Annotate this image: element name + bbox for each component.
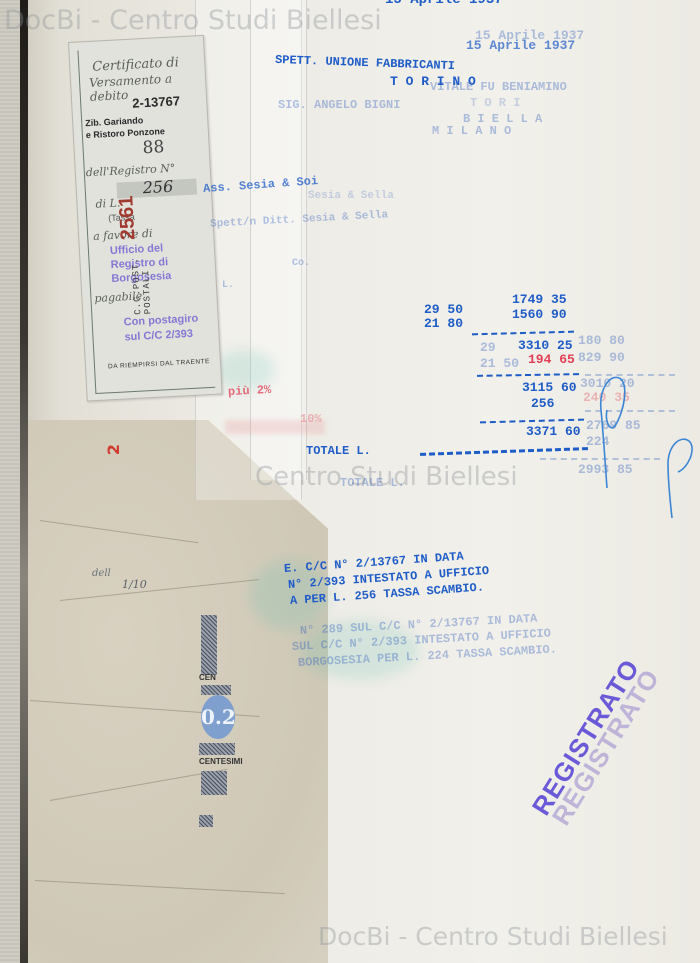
sum-rule: [472, 331, 574, 336]
total-double-rule: [420, 447, 588, 456]
amount-subtotal: 3310 25: [518, 338, 573, 353]
amount-tax: 256: [531, 396, 554, 411]
sum-rule: [477, 373, 579, 377]
recipient-line-2: SIG. ANGELO BIGNI: [278, 98, 400, 112]
revenue-label-top: CEN: [199, 673, 216, 682]
amount-row2: 1560 90: [512, 307, 567, 322]
stamp-pattern: [201, 771, 227, 795]
letter-date: 15 Aprile 1937: [466, 38, 575, 53]
label-pagabile: pagabile: [94, 289, 142, 304]
binding-cloth: [0, 0, 22, 963]
certificate-number: 2-13767: [132, 93, 180, 110]
stamp-pattern: [201, 685, 231, 695]
total-label: TOTALE L.: [306, 444, 371, 458]
handwritten-fraction: 1/10: [122, 578, 147, 591]
ref-line-3: Co.: [292, 258, 310, 269]
amount-deduction: 194 65: [528, 352, 575, 367]
tape-strip: [250, 0, 307, 480]
payment-certificate: Certificato di Versamento a debito 2-137…: [68, 35, 223, 402]
red-smudge: [225, 420, 325, 434]
revenue-label: CENTESIMI: [199, 757, 243, 766]
handwritten-red: 2: [104, 444, 123, 455]
amount-col1-row1: 29 50: [424, 302, 463, 317]
signature-mark: [662, 430, 700, 520]
ref-faint: Sesia & Sella: [308, 190, 394, 202]
watermark-top: DocBi - Centro Studi Biellesi: [4, 5, 382, 36]
recipient-line-2-city: M I L A N O: [432, 124, 511, 138]
registro-number: 88: [142, 137, 165, 158]
faint-amount: 29: [480, 340, 496, 355]
faint-amount: 829 90: [578, 350, 625, 365]
date-top-cut: 15 Aprile 1937: [385, 0, 503, 8]
amount-row1: 1749 35: [512, 292, 567, 307]
faint-recipient: VITALE FU BENIAMINO: [430, 80, 567, 94]
handwritten-note: dell: [92, 568, 111, 579]
stamp-pattern: [201, 615, 217, 675]
faint-city-1: T O R I: [470, 96, 520, 110]
watermark-bottom: DocBi - Centro Studi Biellesi: [318, 922, 668, 951]
revenue-value: 0.2: [201, 695, 235, 739]
faint-amount: 21 50: [480, 356, 519, 371]
binding-spine: [20, 0, 28, 963]
certificate-amount: 256: [142, 177, 173, 198]
signature-mark: [595, 370, 635, 490]
scanned-document: DocBi - Centro Studi Biellesi Centro Stu…: [0, 0, 700, 963]
stamp-pattern: [199, 743, 235, 755]
total-label-faint: TOTALE L.: [340, 476, 405, 490]
red-note: più 2%: [228, 383, 272, 399]
amount-col1-row2: 21 80: [424, 316, 463, 331]
revenue-stamp: CEN 0.2 CENTESIMI: [195, 605, 243, 830]
stamp-pattern: [199, 815, 213, 827]
amount-net: 3115 60: [522, 380, 577, 395]
faint-amount: 180 80: [578, 333, 625, 348]
sum-rule: [480, 419, 584, 424]
amount-total: 3371 60: [526, 424, 581, 439]
ref-line-4: L.: [222, 280, 234, 291]
